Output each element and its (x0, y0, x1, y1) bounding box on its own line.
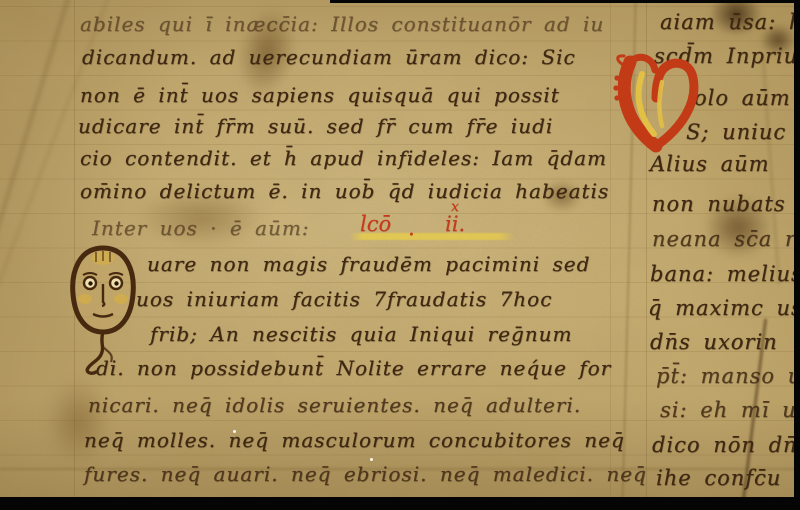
text-line: ihe confc̄u (656, 466, 781, 490)
text-line: Alius aūm (650, 152, 770, 176)
text-line: non ē int̄ uos sapiens quisquā qui possi… (80, 83, 560, 107)
photo-edge-top (330, 0, 800, 3)
text-line: om̄ino delictum ē. in uob̄ q̄d iudicia h… (80, 179, 609, 203)
photo-edge-bottom (0, 497, 800, 510)
text-line-faded: Inter uos · ē aūm: (92, 216, 310, 240)
text-line: S; uniuc q (686, 120, 800, 144)
text-line: fures. neq̄ auari. neq̄ ebriosi. neq̄ ma… (84, 462, 647, 486)
text-line: udicare int̄ fr̄m suū. sed fr̄ cum fr̄e … (78, 114, 553, 138)
text-line: p̄t̄: manso u (656, 364, 800, 388)
right-column-rule (646, 0, 647, 510)
text-line: aiam ūsa: h (660, 10, 800, 34)
text-line: nicari. neq̄ idolis seruientes. neq̄ adu… (88, 393, 581, 417)
rubric-lectio-label: lcō (360, 212, 391, 236)
text-line: cio contendit. et h̄ apud infideles: Iam… (80, 146, 607, 170)
text-line: dn̄s uxorin (650, 330, 778, 354)
rubric-superscript: x (451, 199, 459, 215)
rubric-numeral-value: ii. (445, 212, 465, 236)
text-line: abiles qui ī inæcc̄ia: Illos constituanō… (80, 12, 604, 36)
text-line: uare non magis fraudēm pacimini sed (147, 252, 590, 276)
text-line: olo aūm (694, 86, 791, 110)
manuscript-page: abiles qui ī inæcc̄ia: Illos constituanō… (0, 0, 800, 510)
rubric-numeral: ii. x (445, 212, 465, 236)
fold-crease (0, 0, 75, 344)
text-line: neana sc̄a r (652, 227, 796, 251)
text-line: dicandum. ad uerecundiam ūram dico: Sic (82, 45, 576, 69)
rubric-separator: . (408, 216, 415, 240)
text-line: non nubats (652, 192, 786, 216)
left-margin-rule (74, 0, 75, 510)
text-line: di. non possidebunt̄ Nolite errare neq́u… (96, 356, 611, 380)
text-line: bana: melius (650, 262, 800, 286)
text-line: neq̄ molles. neq̄ masculorum concubitore… (84, 428, 625, 452)
text-line: si: eh mī ux (660, 398, 800, 422)
text-line: q̄ maximc us (648, 296, 800, 320)
text-line: uos iniuriam facitis 7fraudatis 7hoc (136, 287, 552, 311)
text-line: dico nōn dn̄ (652, 433, 798, 457)
text-line: scd̄m Inpriu (654, 44, 798, 68)
text-line: frib; An nescitis quia Iniqui reḡnum (150, 322, 572, 346)
white-speck (370, 458, 373, 461)
